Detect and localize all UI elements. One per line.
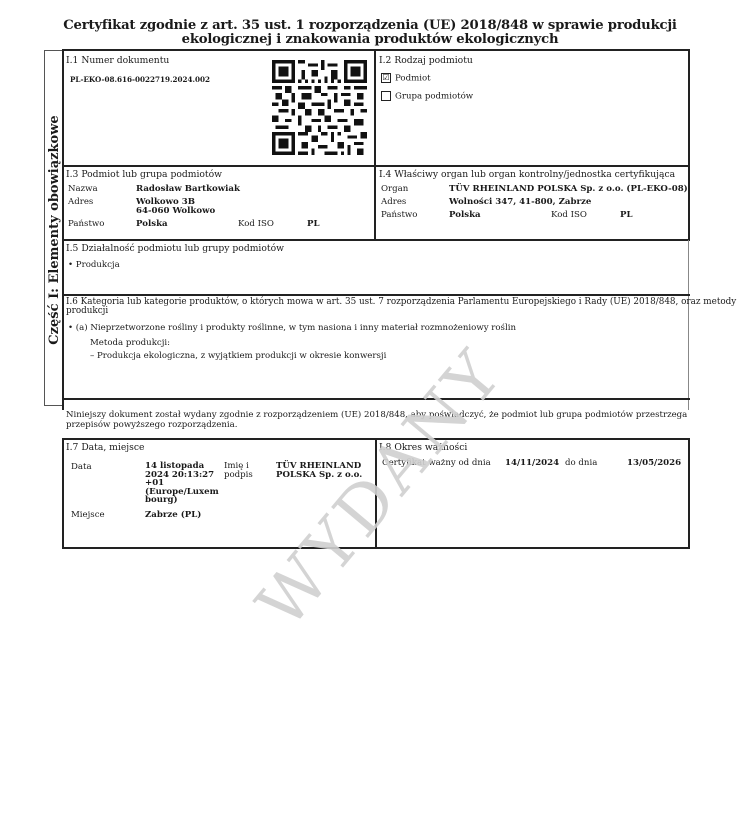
category-item: • (a) Nieprzetworzone rośliny i produkty… [68,323,516,333]
valid-to-label: do dnia [565,458,597,468]
iso-label: Kod ISO [551,210,587,220]
method-label: Metoda produkcji: [90,338,170,348]
address-value: Wolności 347, 41-800, Zabrze [449,198,591,207]
valid-from-value: 14/11/2024 [505,459,559,468]
qr-code-icon [272,59,367,156]
date-value: 14 listopada 2024 20:13:27 +01 (Europe/L… [145,462,219,505]
divider [62,438,64,548]
address-label: Adres [381,197,406,207]
statement-line1: Niniejszy dokument został wydany zgodnie… [66,410,687,420]
activity-label: I.5 Działalność podmiotu lub grupy podmi… [66,243,284,254]
iso-value: PL [620,211,633,220]
signature-label: Imię i podpis [224,462,253,479]
option-label: Podmiot [395,74,431,84]
valid-from-label: Certyfikat ważny od dnia [382,458,491,468]
address-line2: 64-060 Wolkowo [136,207,215,216]
statement-line2: przepisów powyższego rozporządzenia. [66,420,238,430]
country-label: Państwo [381,210,417,220]
divider [62,49,690,51]
operator-label: I.3 Podmiot lub grupa podmiotów [66,169,222,180]
iso-value: PL [307,220,320,229]
name-value: Radosław Bartkowiak [136,185,240,194]
organ-label: Organ [381,184,408,194]
category-label-line1: I.6 Kategoria lub kategorie produktów, o… [66,298,736,307]
date-place-label: I.7 Data, miejsce [66,442,144,453]
organ-value: TÜV RHEINLAND POLSKA Sp. z o.o. (PL-EKO-… [449,185,688,194]
divider [375,438,377,548]
divider [62,398,690,400]
divider [688,49,690,240]
divider [62,547,690,549]
address-label: Adres [68,197,93,207]
valid-to-value: 13/05/2026 [627,459,681,468]
divider [62,294,690,296]
divider [374,49,376,240]
divider [688,438,690,548]
checkbox-checked-icon: ☑ [381,73,391,83]
entity-type-label: I.2 Rodzaj podmiotu [379,55,473,66]
date-label: Data [71,462,92,472]
divider [62,165,690,167]
place-label: Miejsce [71,510,105,520]
iso-label: Kod ISO [238,219,274,229]
document-number-label: I.1 Numer dokumentu [66,55,169,66]
validity-label: I.8 Okres ważności [379,442,467,453]
part-one-sidebar: Część I: Elementy obowiązkowe [44,50,62,406]
name-label: Nazwa [68,184,98,194]
category-label-line2: produkcji [66,307,108,316]
document-title: Certyfikat zgodnie z art. 35 ust. 1 rozp… [40,19,700,47]
option-grupa-podmiotow: Grupa podmiotów [381,91,473,102]
country-value: Polska [136,220,168,229]
checkbox-unchecked-icon [381,91,391,101]
country-label: Państwo [68,219,104,229]
signature-value: TÜV RHEINLAND POLSKA Sp. z o.o. [276,462,362,479]
authority-label: I.4 Właściwy organ lub organ kontrolny/j… [379,169,675,180]
divider [62,50,64,410]
activity-item: • Produkcja [68,260,120,270]
place-value: Zabrze (PL) [145,511,201,520]
country-value: Polska [449,211,481,220]
divider [688,240,689,410]
method-value: – Produkcja ekologiczna, z wyjątkiem pro… [90,351,386,361]
option-label: Grupa podmiotów [395,92,473,102]
option-podmiot: ☑Podmiot [381,73,431,84]
divider [62,239,690,241]
document-number-value: PL-EKO-08.616-0022719.2024.002 [70,75,210,84]
